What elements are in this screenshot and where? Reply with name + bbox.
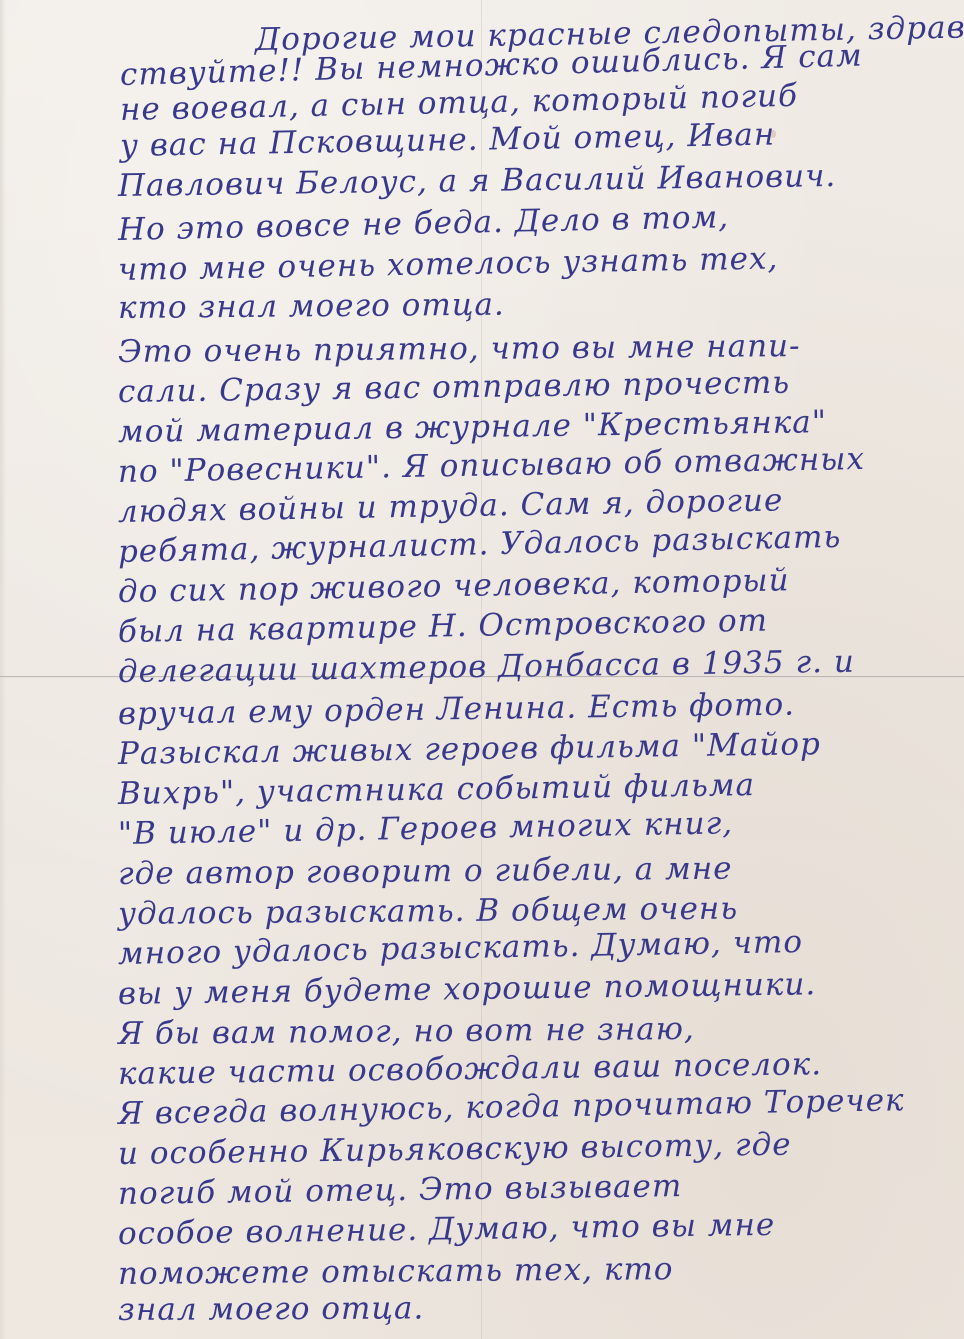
letter-line: кто знал моего отца. [118,285,505,328]
letter-line: где автор говорит о гибели, а мне [118,849,733,894]
letter-line: поможете отыскать тех, кто [118,1249,674,1294]
letter-line: и особенно Кирьяковскую высоту, где [118,1125,792,1174]
letter-line: вы у меня будете хорошие помощники. [118,964,817,1014]
letter-page: Дорогие мои красные следопыты, здрав- ст… [0,0,964,1339]
letter-line: знал моего отца. [118,1288,425,1330]
paper-edge [0,0,6,1339]
letter-line: особое волнение. Думаю, что вы мне [118,1205,776,1254]
